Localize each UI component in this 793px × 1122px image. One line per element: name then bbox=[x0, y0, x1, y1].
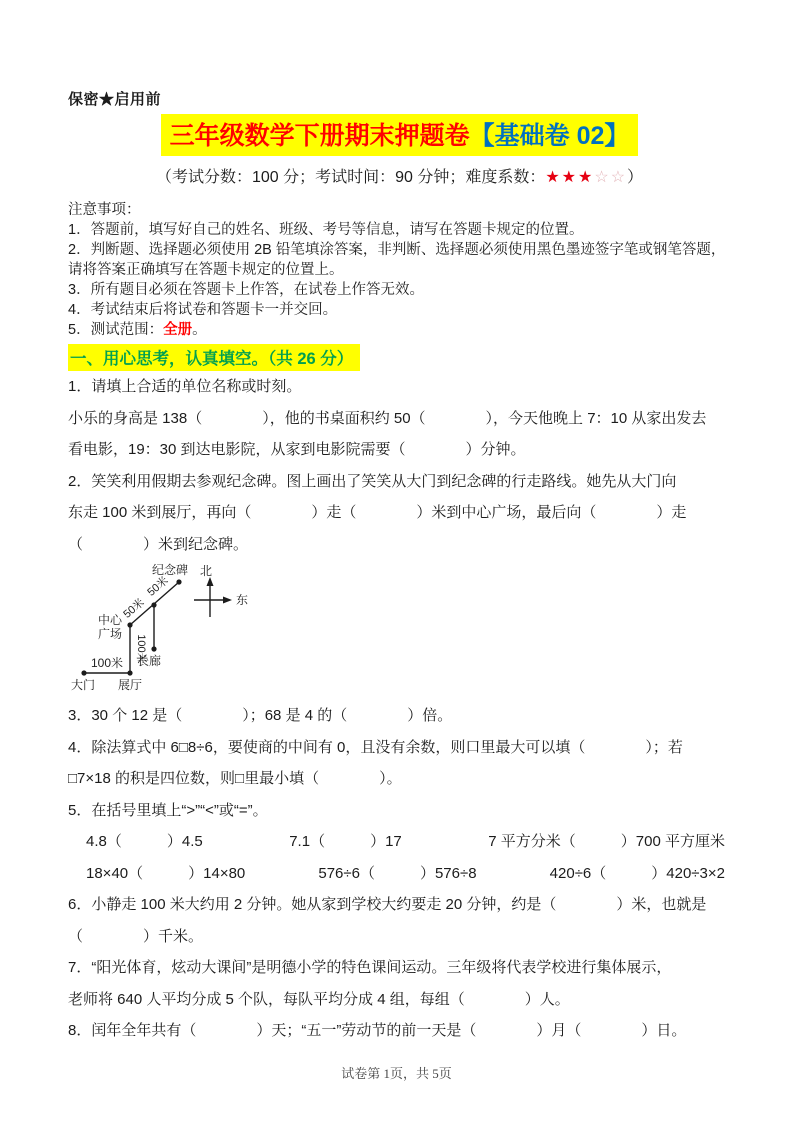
notice-item-5-prefix: 5．测试范围： bbox=[68, 322, 163, 338]
notice-item-2: 2．判断题、选择题必须使用 2B 铅笔填涂答案，非判断、选择题必须使用黑色墨迹签… bbox=[68, 240, 731, 280]
question-1-line-1: 1．请填上合适的单位名称或时刻。 bbox=[68, 371, 731, 403]
exam-paper-page: 保密★启用前 三年级数学下册期末押题卷【基础卷 02】 （考试分数：100 分；… bbox=[0, 0, 793, 1122]
plaza-label-line-1: 中心 bbox=[98, 612, 123, 627]
difficulty-stars-filled: ★★★ bbox=[545, 169, 594, 186]
notice-item-5: 5．测试范围：全册。 bbox=[68, 320, 731, 340]
horizontal-distance-label: 100米 bbox=[91, 655, 123, 670]
hall-dot bbox=[127, 670, 132, 675]
midpoint-dot bbox=[151, 602, 156, 607]
question-4-line-2: □7×18 的积是四位数，则□里最小填（ ）。 bbox=[68, 763, 731, 795]
notice-item-4: 4．考试结束后将试卷和答题卡一并交回。 bbox=[68, 300, 731, 320]
gate-dot bbox=[81, 670, 86, 675]
question-2-line-3: （ ）米到纪念碑。 bbox=[68, 529, 731, 561]
question-5-compare-row-2: 18×40（ ）14×80 576÷6（ ）576÷8 420÷6（ ）420÷… bbox=[68, 858, 731, 890]
question-1-line-2: 小乐的身高是 138（ ），他的书桌面积约 50（ ），今天他晚上 7：10 从… bbox=[68, 403, 731, 435]
question-2: 2．笑笑利用假期去参观纪念碑。图上画出了笑笑从大门到纪念碑的行走路线。她先从大门… bbox=[68, 466, 731, 561]
question-5-line-1: 5．在括号里填上“>”“<”或“=”。 bbox=[68, 795, 731, 827]
route-diagram-svg: 纪念碑 50米 50米 中心 广场 100米 长廊 100米 大门 展厅 北 东 bbox=[70, 563, 350, 699]
exam-info-prefix: （考试分数：100 分；考试时间：90 分钟；难度系数： bbox=[156, 169, 545, 186]
question-3: 3．30 个 12 是（ ）；68 是 4 的（ ）倍。 bbox=[68, 700, 731, 732]
question-5-compare-row-1: 4.8（ ）4.5 7.1（ ）17 7 平方分米（ ）700 平方厘米 bbox=[68, 826, 731, 858]
notice-item-1: 1．答题前，填写好自己的姓名、班级、考号等信息，请写在答题卡规定的位置。 bbox=[68, 220, 731, 240]
notice-item-5-suffix: 。 bbox=[192, 322, 207, 338]
gate-label: 大门 bbox=[71, 677, 95, 692]
confidential-label: 保密★启用前 bbox=[68, 88, 731, 109]
question-5: 5．在括号里填上“>”“<”或“=”。 4.8（ ）4.5 7.1（ ）17 7… bbox=[68, 795, 731, 890]
exam-info-suffix: ） bbox=[627, 169, 643, 186]
corridor-label: 长廊 bbox=[137, 653, 161, 668]
section-heading-row: 一、用心思考，认真填空。（共 26 分） bbox=[68, 344, 731, 371]
notice-section: 注意事项： 1．答题前，填写好自己的姓名、班级、考号等信息，请写在答题卡规定的位… bbox=[68, 200, 731, 340]
test-scope: 全册 bbox=[163, 322, 192, 338]
question-8-line-1: 8．闰年全年共有（ ）天；“五一”劳动节的前一天是（ ）月（ ）日。 bbox=[68, 1015, 731, 1047]
question-1-line-3: 看电影，19：30 到达电影院，从家到电影院需要（ ）分钟。 bbox=[68, 434, 731, 466]
exam-title-main: 三年级数学下册期末押题卷 bbox=[170, 122, 470, 150]
hall-label: 展厅 bbox=[118, 678, 142, 692]
question-4-line-1: 4．除法算式中 6□8÷6，要使商的中间有 0，且没有余数，则口里最大可以填（ … bbox=[68, 732, 731, 764]
question-7-line-1: 7．“阳光体育，炫动大课间”是明德小学的特色课间运动。三年级将代表学校进行集体展… bbox=[68, 952, 731, 984]
question-7-line-2: 老师将 640 人平均分成 5 个队，每队平均分成 4 组，每组（ ）人。 bbox=[68, 984, 731, 1016]
question-1: 1．请填上合适的单位名称或时刻。 小乐的身高是 138（ ），他的书桌面积约 5… bbox=[68, 371, 731, 466]
notice-heading: 注意事项： bbox=[68, 200, 731, 220]
exam-title: 三年级数学下册期末押题卷【基础卷 02】 bbox=[161, 114, 639, 156]
compare-item: 4.8（ ）4.5 bbox=[86, 826, 203, 858]
monument-dot bbox=[176, 579, 181, 584]
compare-item: 576÷6（ ）576÷8 bbox=[318, 858, 476, 890]
question-6-line-2: （ ）千米。 bbox=[68, 921, 731, 953]
segment-1-distance-label: 50米 bbox=[120, 595, 147, 621]
compass-north-arrow bbox=[207, 577, 214, 586]
monument-label: 纪念碑 bbox=[152, 563, 188, 577]
question-3-line-1: 3．30 个 12 是（ ）；68 是 4 的（ ）倍。 bbox=[68, 700, 731, 732]
compare-item: 420÷6（ ）420÷3×2 bbox=[550, 858, 725, 890]
exam-title-volume: 【基础卷 02】 bbox=[470, 122, 630, 150]
plaza-label-line-2: 广场 bbox=[98, 626, 122, 641]
plaza-dot bbox=[127, 622, 132, 627]
section-1-heading: 一、用心思考，认真填空。（共 26 分） bbox=[68, 344, 360, 371]
page-footer: 试卷第 1页，共 5页 bbox=[0, 1063, 793, 1082]
compare-item: 7 平方分米（ ）700 平方厘米 bbox=[488, 826, 725, 858]
compass-north-label: 北 bbox=[200, 564, 212, 578]
question-6: 6．小静走 100 米大约用 2 分钟。她从家到学校大约要走 20 分钟，约是（… bbox=[68, 889, 731, 952]
question-4: 4．除法算式中 6□8÷6，要使商的中间有 0，且没有余数，则口里最大可以填（ … bbox=[68, 732, 731, 795]
question-8: 8．闰年全年共有（ ）天；“五一”劳动节的前一天是（ ）月（ ）日。 bbox=[68, 1015, 731, 1047]
question-7: 7．“阳光体育，炫动大课间”是明德小学的特色课间运动。三年级将代表学校进行集体展… bbox=[68, 952, 731, 1015]
compass-east-label: 东 bbox=[236, 593, 248, 607]
compare-item: 7.1（ ）17 bbox=[289, 826, 402, 858]
title-row: 三年级数学下册期末押题卷【基础卷 02】 bbox=[68, 114, 731, 156]
question-6-line-1: 6．小静走 100 米大约用 2 分钟。她从家到学校大约要走 20 分钟，约是（… bbox=[68, 889, 731, 921]
difficulty-stars-empty: ☆☆ bbox=[594, 169, 627, 186]
corridor-dot bbox=[151, 646, 156, 651]
compass-east-arrow bbox=[223, 597, 232, 604]
question-2-line-2: 东走 100 米到展厅，再向（ ）走（ ）米到中心广场，最后向（ ）走 bbox=[68, 497, 731, 529]
notice-item-3: 3．所有题目必须在答题卡上作答，在试卷上作答无效。 bbox=[68, 280, 731, 300]
question-2-line-1: 2．笑笑利用假期去参观纪念碑。图上画出了笑笑从大门到纪念碑的行走路线。她先从大门… bbox=[68, 466, 731, 498]
compare-item: 18×40（ ）14×80 bbox=[86, 858, 245, 890]
exam-info-line: （考试分数：100 分；考试时间：90 分钟；难度系数：★★★☆☆） bbox=[68, 164, 731, 187]
compass-icon: 北 东 bbox=[194, 564, 248, 617]
route-diagram: 纪念碑 50米 50米 中心 广场 100米 长廊 100米 大门 展厅 北 东 bbox=[70, 563, 731, 699]
